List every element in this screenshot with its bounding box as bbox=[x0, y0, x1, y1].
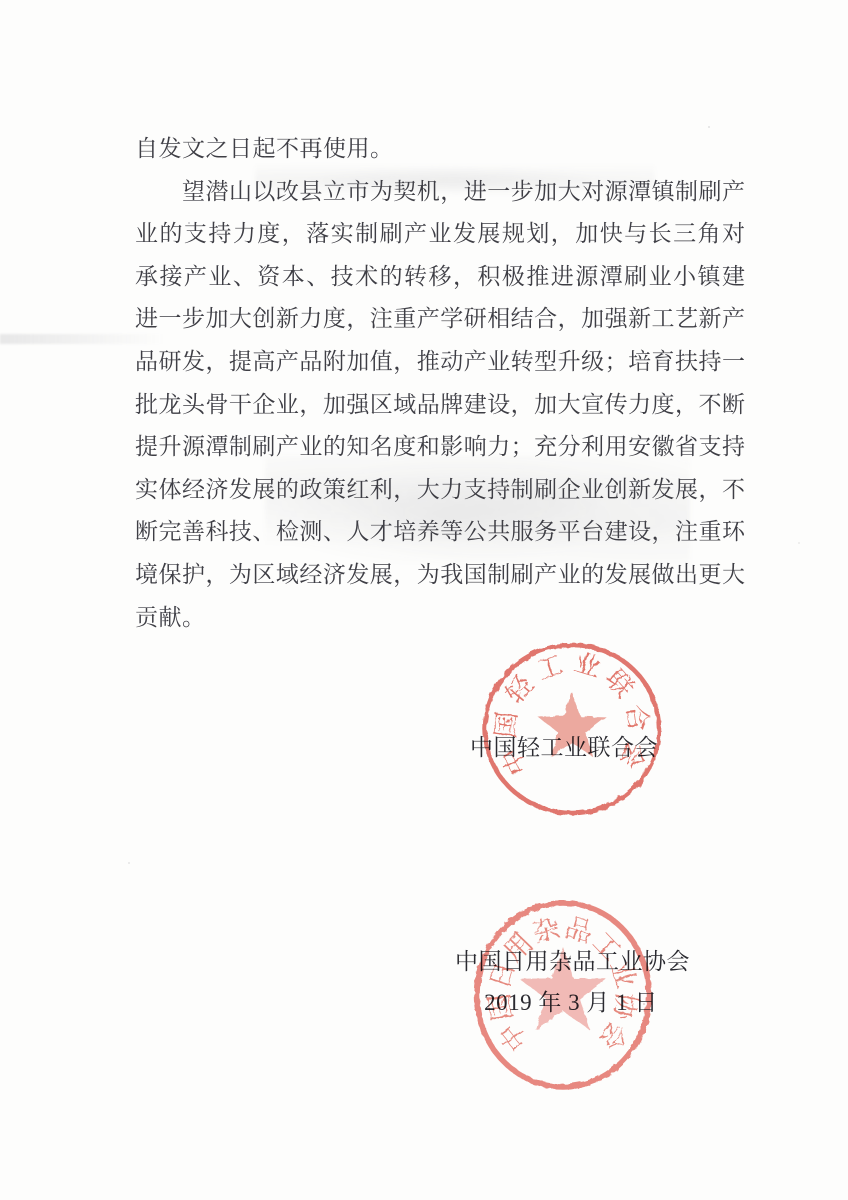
seal-light-industry: 中国轻工业联合会 bbox=[480, 640, 664, 818]
text-line: 提升源潭制刷产业的知名度和影响力；充分利用安徽省支持 bbox=[135, 426, 745, 469]
text-line: 业的支持力度，落实制刷产业发展规划，加快与长三角对接， bbox=[135, 213, 745, 256]
document-page: 自发文之日起不再使用。 望潜山以改县立市为契机，进一步加大对源潭镇制刷产 业的支… bbox=[0, 0, 848, 1200]
org-name-light-industry: 中国轻工业联合会 bbox=[470, 734, 658, 762]
org-name-daily-sundries: 中国日用杂品工业协会 bbox=[455, 948, 690, 976]
text-line: 贡献。 bbox=[135, 597, 745, 640]
text-line: 断完善科技、检测、人才培养等公共服务平台建设，注重环 bbox=[135, 511, 745, 554]
text-line: 境保护，为区域经济发展，为我国制刷产业的发展做出更大的 bbox=[135, 554, 745, 597]
document-date: 2019 年 3 月 1 日 bbox=[455, 989, 687, 1017]
text-line: 实体经济发展的政策红利，大力支持制刷企业创新发展，不 bbox=[135, 469, 745, 512]
document-body-text: 自发文之日起不再使用。 望潜山以改县立市为契机，进一步加大对源潭镇制刷产 业的支… bbox=[135, 128, 745, 639]
text-line: 品研发，提高产品附加值，推动产业转型升级；培育扶持一 bbox=[135, 341, 745, 384]
text-line: 望潜山以改县立市为契机，进一步加大对源潭镇制刷产 bbox=[135, 171, 745, 214]
text-line: 自发文之日起不再使用。 bbox=[135, 128, 745, 171]
text-line: 进一步加大创新力度，注重产学研相结合，加强新工艺新产 bbox=[135, 298, 745, 341]
text-line: 承接产业、资本、技术的转移，积极推进源潭刷业小镇建设； bbox=[135, 256, 745, 299]
text-line: 批龙头骨干企业，加强区域品牌建设，加大宣传力度，不断 bbox=[135, 384, 745, 427]
